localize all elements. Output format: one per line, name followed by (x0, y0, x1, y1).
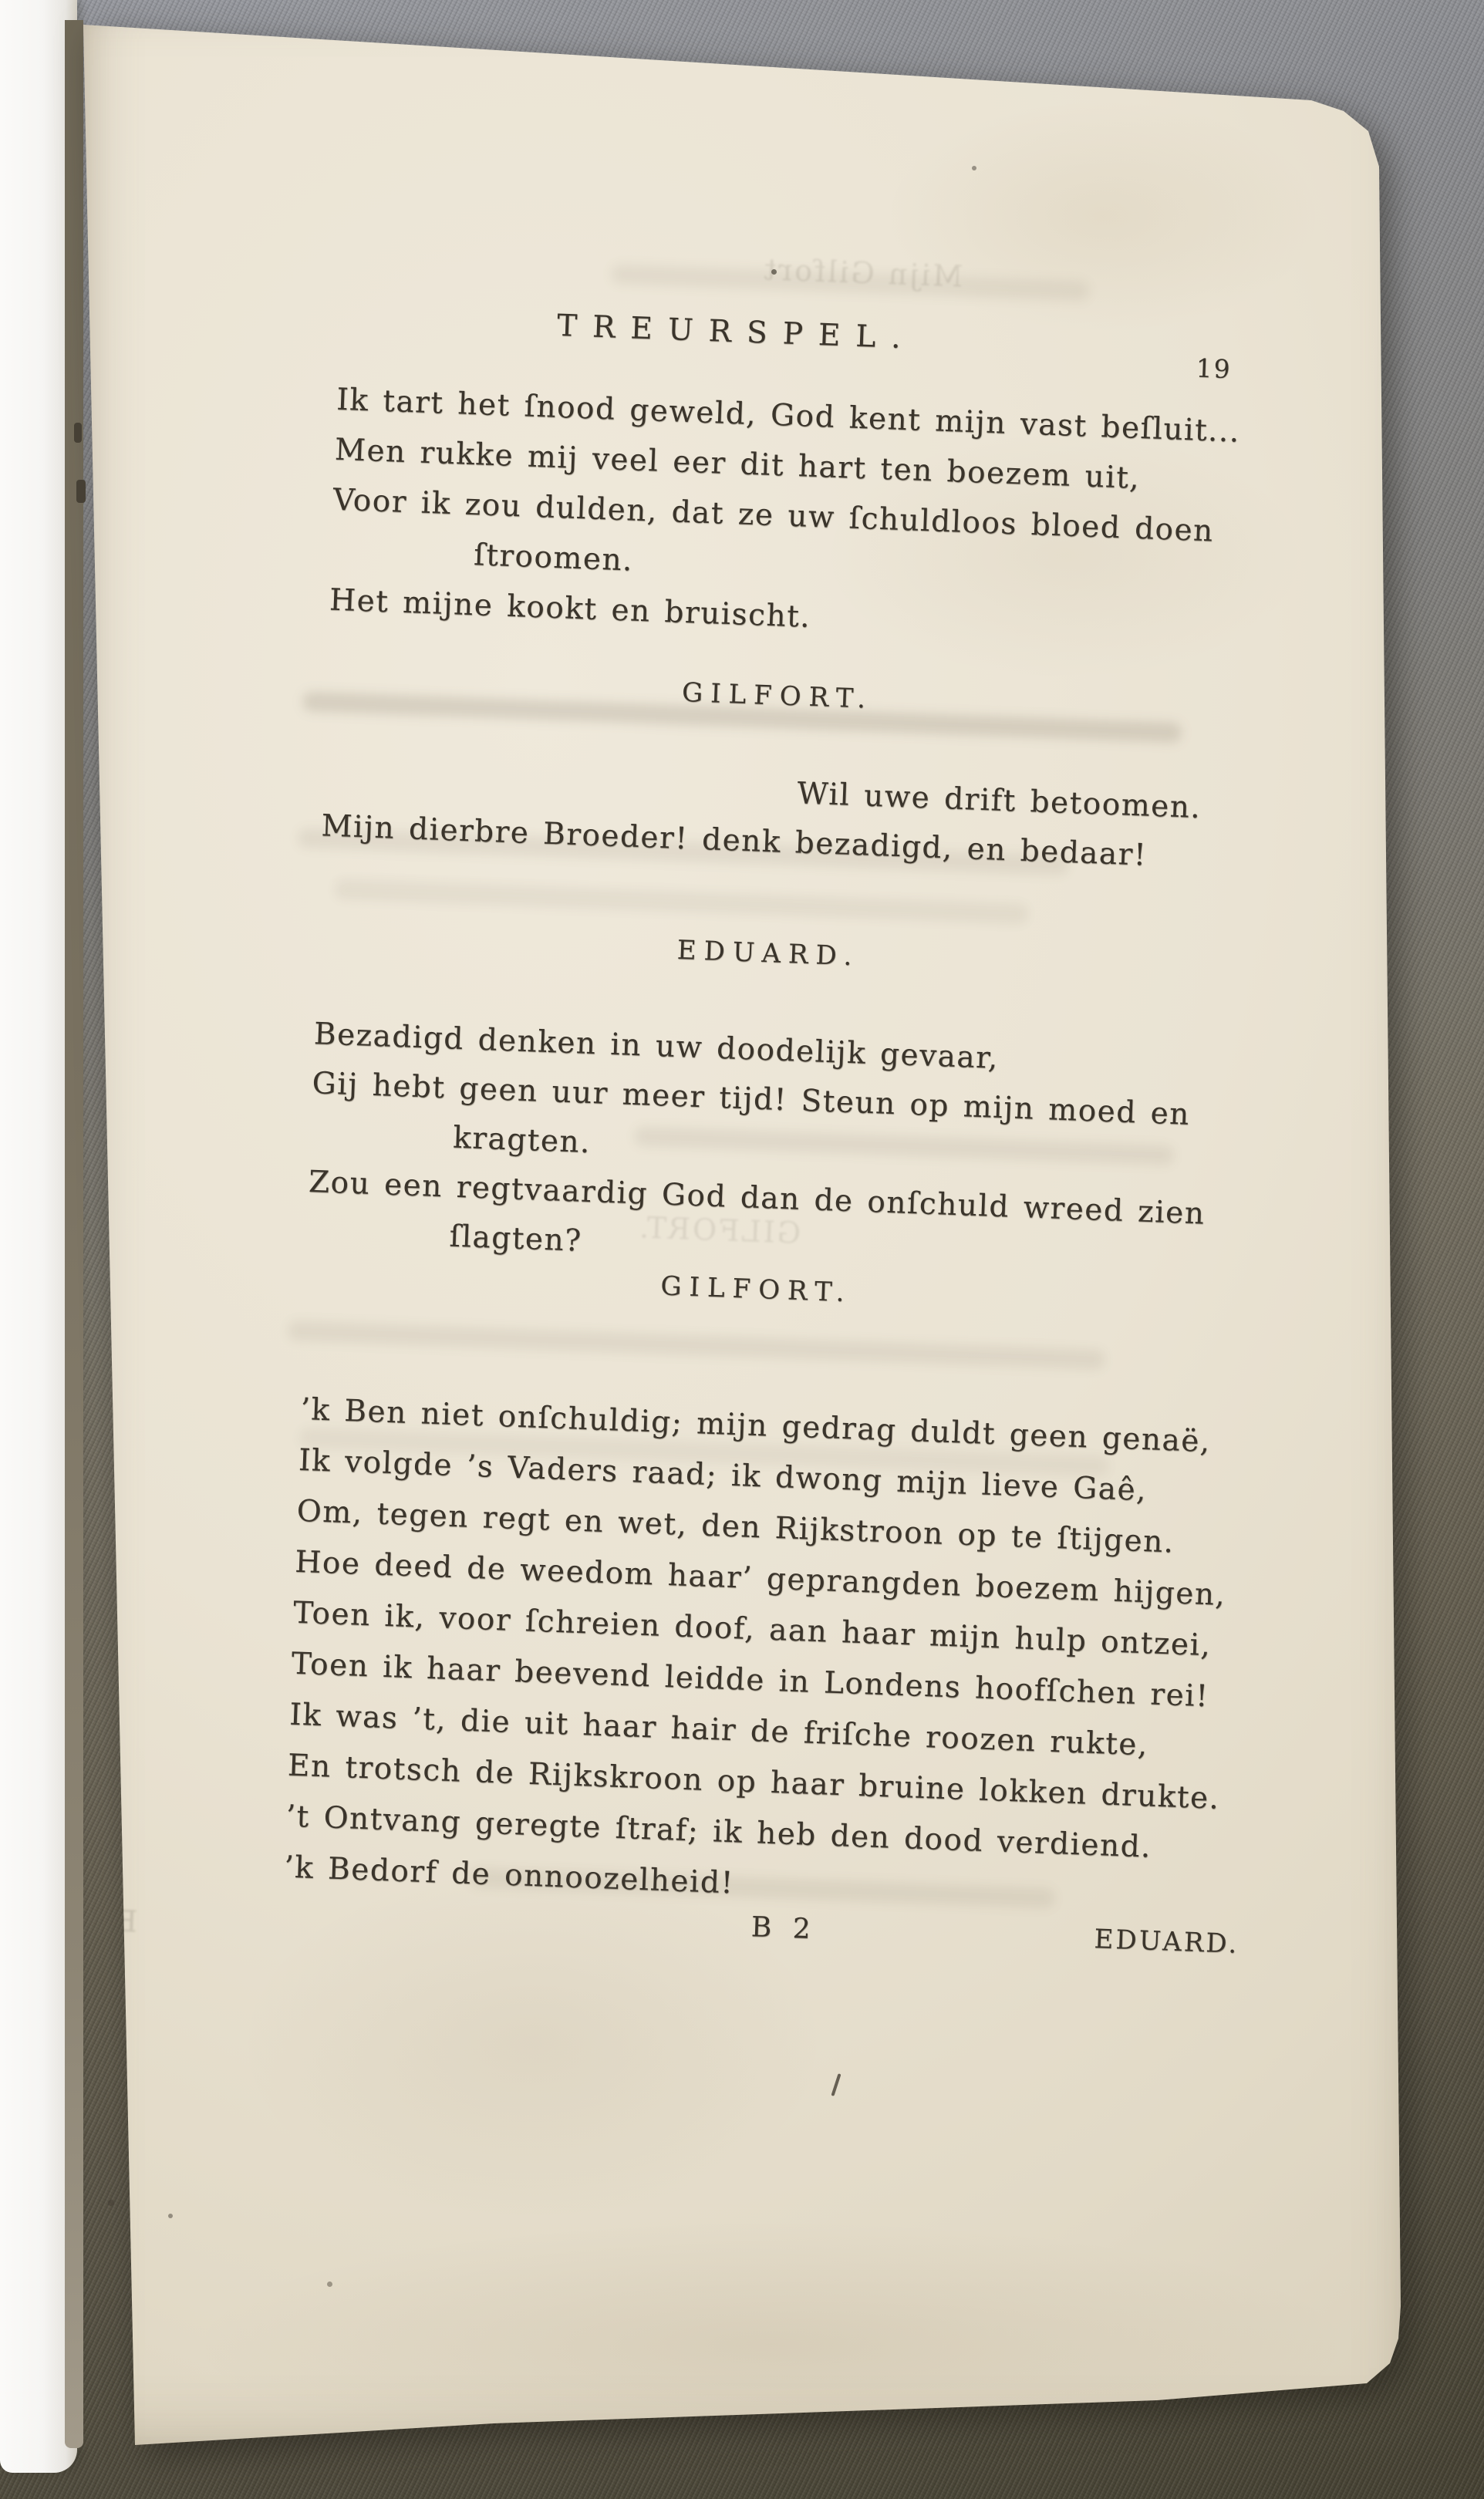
catchword: EDUARD. (1094, 1924, 1239, 1960)
show-through-smudge (288, 1320, 1105, 1370)
ink-speck (108, 2200, 114, 2206)
speaker-heading: GILFORT. (660, 1270, 852, 1308)
verse-block: Bezadigd denken in uw doodelijk gevaar,G… (306, 1010, 1240, 1290)
ink-speck (972, 166, 976, 170)
ink-speck (74, 423, 82, 443)
ink-speck (76, 480, 86, 503)
verse-block: Ik tart het ſnood geweld, God kent mijn … (329, 375, 1263, 659)
text-blocks: Ik tart het ſnood geweld, God kent mijn … (351, 0, 1276, 33)
book-page: Mijn Gilfort GILFORT. EDUARD. TREURSPEL.… (69, 0, 1415, 2476)
paper-stain (193, 2221, 1350, 2468)
speaker-heading: EDUARD. (676, 935, 860, 972)
show-through-smudge (334, 879, 1028, 924)
verse-block: Wil uwe drift betoomen.Mijn dierbre Broe… (321, 752, 1250, 884)
signature-mark: B 2 (750, 1911, 817, 1945)
verse-block: ’k Ben niet onſchuldig; mijn gedrag duld… (283, 1384, 1226, 1927)
printed-text-layer: TREURSPEL. 19 Ik tart het ſnood geweld, … (351, 0, 1276, 33)
photo-of-book-page: Mijn Gilfort GILFORT. EDUARD. TREURSPEL.… (0, 0, 1484, 2499)
page-wrap: Mijn Gilfort GILFORT. EDUARD. TREURSPEL.… (0, 0, 1484, 2499)
show-through-text: EDUARD. (0, 1899, 138, 1938)
ink-speck (327, 2281, 332, 2287)
ink-speck (771, 269, 777, 275)
running-title: TREURSPEL. (556, 309, 916, 356)
ink-speck (168, 2214, 173, 2218)
show-through-layer: Mijn Gilfort GILFORT. EDUARD. (351, 0, 1276, 33)
page-number: 19 (1196, 353, 1232, 385)
paper-stain (887, 100, 1319, 332)
